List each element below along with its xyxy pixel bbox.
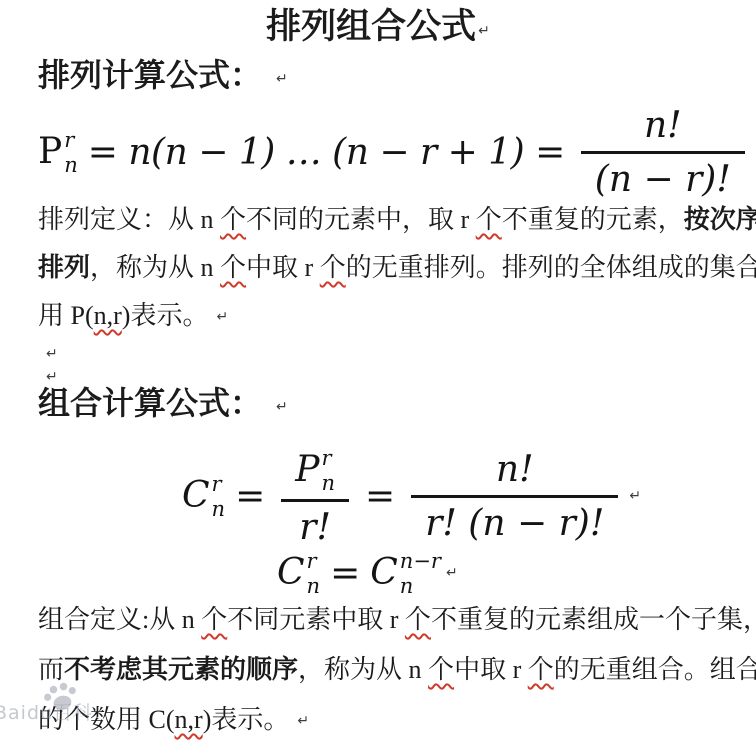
page-title-text: 排列组合公式 <box>266 7 476 46</box>
math-fraction: n! r! (n − r)! <box>411 449 618 543</box>
page-title: 排列组合公式↵ <box>8 4 748 54</box>
math-base-C: C <box>182 478 210 514</box>
text-run: 不重复的元素组成一个子集， <box>431 605 756 634</box>
text-run: 不重复的元素， <box>502 205 684 234</box>
text-run: ，称为从 n <box>298 655 428 684</box>
fraction-denominator: r! <box>281 502 349 547</box>
combination-symbol: C r n <box>277 550 320 596</box>
combination-heading-text: 组合计算公式： <box>38 385 262 421</box>
math-fraction: P r n r! <box>281 445 349 547</box>
math-subscript: n <box>64 155 78 176</box>
paragraph-mark: ↵ <box>276 71 288 87</box>
paragraph-mark: ↵ <box>446 565 458 581</box>
fraction-numerator: n! <box>411 449 618 498</box>
text-run: 排列 <box>38 253 90 282</box>
empty-paragraphs: ↵↵ <box>38 338 58 384</box>
text-run: )表示。 <box>122 301 209 330</box>
spellcheck-flagged-text: 个 <box>428 655 454 684</box>
math-superscript: r <box>321 448 331 469</box>
text-line: 排列，称为从 n 个中取 r 个的无重排列。排列的全体组成的集合 <box>38 244 756 292</box>
text-run: 的无重组合。组合 <box>554 655 756 684</box>
math-scripts: r n <box>321 448 335 494</box>
combination-symbol: C r n <box>182 473 225 519</box>
text-run: 不同的元素中，取 r <box>246 205 476 234</box>
math-expansion: = n(n − 1) … (n − r + 1) = <box>88 132 565 173</box>
text-run: 中取 r <box>246 253 320 282</box>
text-line: 排列定义：从 n 个不同的元素中，取 r 个不重复的元素，按次序 <box>38 196 756 244</box>
paragraph-mark: ↵ <box>629 488 641 504</box>
paragraph-mark: ↵ <box>478 23 490 39</box>
math-subscript: n <box>307 576 321 597</box>
paragraph-mark: ↵ <box>276 399 288 415</box>
spellcheck-flagged-text: n,r <box>175 705 203 734</box>
math-superscript: r <box>212 474 222 495</box>
text-line: 用 P(n,r)表示。↵ <box>38 292 756 340</box>
spellcheck-flagged-text: 个 <box>201 605 227 634</box>
math-subscript: n <box>212 499 226 520</box>
combination-formula: C r n = P r n r! = n! r! (n − r)! <box>182 446 641 546</box>
permutation-heading: 排列计算公式：↵ <box>38 55 288 99</box>
text-line: ↵ <box>38 361 58 384</box>
fraction-numerator: P r n <box>281 445 349 502</box>
text-run: 不同元素中取 r <box>227 605 405 634</box>
spellcheck-flagged-text: 个 <box>528 655 554 684</box>
math-scripts: r n <box>64 130 78 176</box>
text-line: 组合定义:从 n 个不同元素中取 r 个不重复的元素组成一个子集， <box>38 595 756 645</box>
watermark: Baidu百科 <box>0 698 93 725</box>
permutation-definition: 排列定义：从 n 个不同的元素中，取 r 个不重复的元素，按次序排列，称为从 n… <box>38 196 756 340</box>
math-base-C: C <box>370 555 398 591</box>
spellcheck-flagged-text: 个 <box>220 205 246 234</box>
fraction-denominator: r! (n − r)! <box>411 498 618 543</box>
math-base-P: P <box>38 134 62 170</box>
document-page: 排列组合公式↵ 排列计算公式：↵ P r n = n(n − 1) … (n −… <box>0 0 756 745</box>
text-line: ↵ <box>38 338 58 361</box>
math-superscript: r <box>64 130 74 151</box>
math-base-P: P <box>295 452 319 488</box>
fraction-numerator: n! <box>581 105 745 154</box>
paragraph-mark: ↵ <box>297 713 309 729</box>
equals-sign: = <box>365 476 395 517</box>
permutation-symbol: P r n <box>38 129 78 175</box>
math-fraction: n! (n − r)! <box>581 105 745 199</box>
text-run: 用 P( <box>38 301 94 330</box>
text-run: 组合定义:从 n <box>38 605 201 634</box>
text-run: 不考虑其元素的顺序 <box>64 655 298 684</box>
fraction-denominator: (n − r)! <box>581 154 745 199</box>
text-run: ，称为从 n <box>90 253 220 282</box>
combination-symbol: C n−r n <box>370 550 441 596</box>
math-scripts: r n <box>307 551 321 597</box>
text-run: 而 <box>38 655 64 684</box>
paragraph-mark: ↵ <box>216 309 228 325</box>
equals-sign: = <box>330 553 360 594</box>
spellcheck-flagged-text: 个 <box>220 253 246 282</box>
text-run: 按次序 <box>684 205 756 234</box>
text-run: 的无重排列。排列的全体组成的集合 <box>346 253 756 282</box>
math-subscript: n <box>321 473 335 494</box>
text-line: 而不考虑其元素的顺序，称为从 n 个中取 r 个的无重组合。组合 <box>38 645 756 695</box>
combination-symmetry-formula: C r n = C n−r n ↵ <box>277 551 458 595</box>
equals-sign: = <box>235 476 265 517</box>
math-scripts: r n <box>212 474 226 520</box>
math-base-C: C <box>277 555 305 591</box>
spellcheck-flagged-text: 个 <box>405 605 431 634</box>
permutation-symbol: P r n <box>295 447 335 493</box>
combination-heading: 组合计算公式：↵ <box>38 383 288 427</box>
paw-icon <box>40 681 82 713</box>
text-run: 中取 r <box>454 655 528 684</box>
text-run: )表示。 <box>203 705 290 734</box>
math-superscript: r <box>307 551 317 572</box>
text-line: 的个数用 C(n,r)表示。↵ <box>38 695 756 745</box>
math-superscript: n−r <box>400 551 441 572</box>
combination-definition: 组合定义:从 n 个不同元素中取 r 个不重复的元素组成一个子集，而不考虑其元素… <box>38 595 756 745</box>
paragraph-mark: ↵ <box>46 346 58 362</box>
text-run: 排列定义：从 n <box>38 205 220 234</box>
math-subscript: n <box>400 576 414 597</box>
spellcheck-flagged-text: 个 <box>320 253 346 282</box>
spellcheck-flagged-text: 个 <box>476 205 502 234</box>
math-scripts: n−r n <box>400 551 441 597</box>
spellcheck-flagged-text: n,r <box>94 301 122 330</box>
permutation-formula: P r n = n(n − 1) … (n − r + 1) = n! (n −… <box>38 106 756 198</box>
permutation-heading-text: 排列计算公式： <box>38 57 262 93</box>
